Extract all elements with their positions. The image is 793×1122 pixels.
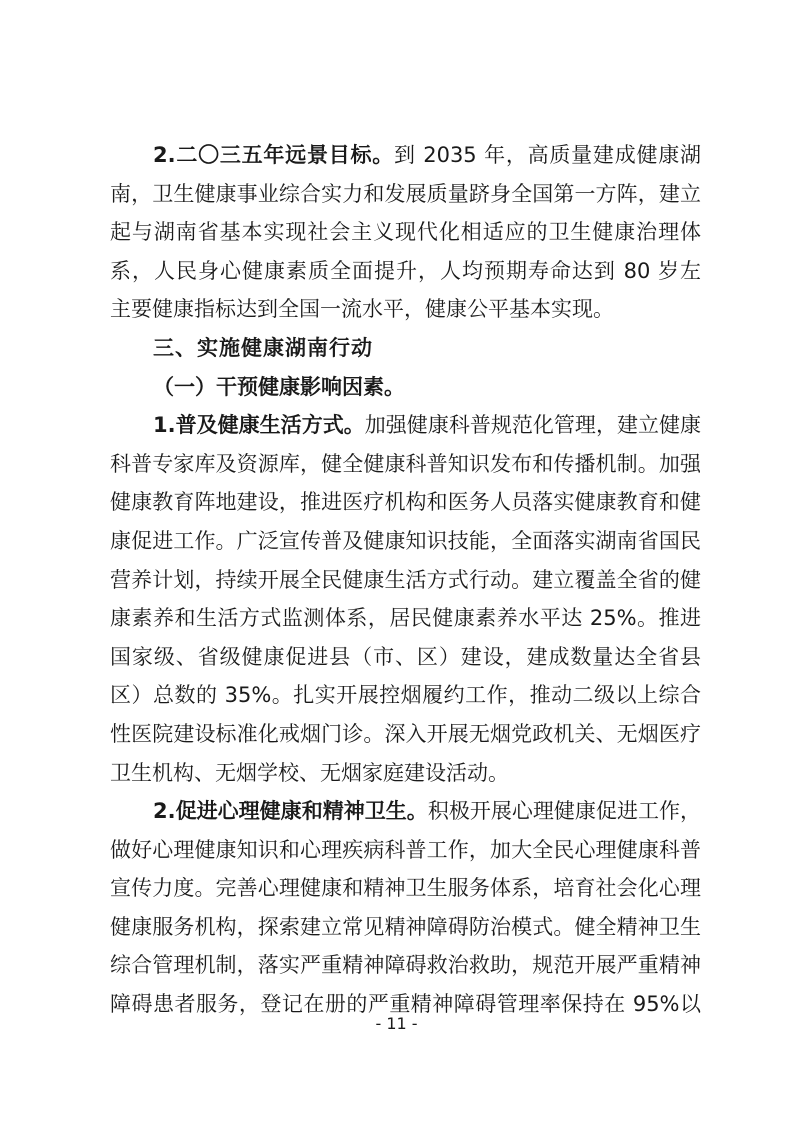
paragraph-line: 康促进工作。广泛宣传普及健康知识技能，全面落实湖南省国民 [110,522,701,561]
paragraph-line: 起与湖南省基本实现社会主义现代化相适应的卫生健康治理体 [110,213,701,252]
paragraph-line: 康素养和生活方式监测体系，居民健康素养水平达 25%。推进 [110,599,701,638]
paragraph-line: 健康服务机构，探索建立常见精神障碍防治模式。健全精神卫生 [110,908,701,947]
paragraph-line: 营养计划，持续开展全民健康生活方式行动。建立覆盖全省的健 [110,561,701,600]
run-in-heading: 2.二〇三五年远景目标。 [153,143,394,167]
body-text: 积极开展心理健康促进工作， [428,799,701,823]
paragraph-line: 1.普及健康生活方式。加强健康科普规范化管理，建立健康 [110,406,701,445]
run-in-heading: 2.促进心理健康和精神卫生。 [153,799,428,823]
run-in-heading: 1.普及健康生活方式。 [153,413,365,437]
paragraph-line: 2.二〇三五年远景目标。到 2035 年，高质量建成健康湖 [110,136,701,175]
paragraph-line: 综合管理机制，落实严重精神障碍救治救助，规范开展严重精神 [110,946,701,985]
sub-heading: （一）干预健康影响因素。 [110,368,701,407]
body-text: 加强健康科普规范化管理，建立健康 [365,413,701,437]
paragraph-line: 卫生机构、无烟学校、无烟家庭建设活动。 [110,754,701,793]
document-body: 2.二〇三五年远景目标。到 2035 年，高质量建成健康湖 南，卫生健康事业综合… [110,136,701,1024]
paragraph-line: 2.促进心理健康和精神卫生。积极开展心理健康促进工作， [110,792,701,831]
paragraph-line: 做好心理健康知识和心理疾病科普工作，加大全民心理健康科普 [110,831,701,870]
paragraph-line: 区）总数的 35%。扎实开展控烟履约工作，推动二级以上综合 [110,676,701,715]
body-text: 到 2035 年，高质量建成健康湖 [394,143,701,167]
paragraph-line: 南，卫生健康事业综合实力和发展质量跻身全国第一方阵，建立 [110,175,701,214]
paragraph-line: 科普专家库及资源库，健全健康科普知识发布和传播机制。加强 [110,445,701,484]
paragraph-line: 性医院建设标准化戒烟门诊。深入开展无烟党政机关、无烟医疗 [110,715,701,754]
document-page: 2.二〇三五年远景目标。到 2035 年，高质量建成健康湖 南，卫生健康事业综合… [0,0,793,1122]
paragraph-line: 宣传力度。完善心理健康和精神卫生服务体系，培育社会化心理 [110,869,701,908]
page-number: - 11 - [0,1014,793,1033]
paragraph-line: 健康教育阵地建设，推进医疗机构和医务人员落实健康教育和健 [110,483,701,522]
section-heading: 三、实施健康湖南行动 [110,329,701,368]
paragraph-line: 国家级、省级健康促进县（市、区）建设，建成数量达全省县（市、 [110,638,701,677]
paragraph-line: 主要健康指标达到全国一流水平，健康公平基本实现。 [110,290,701,329]
paragraph-line: 系，人民身心健康素质全面提升，人均预期寿命达到 80 岁左右， [110,252,701,291]
